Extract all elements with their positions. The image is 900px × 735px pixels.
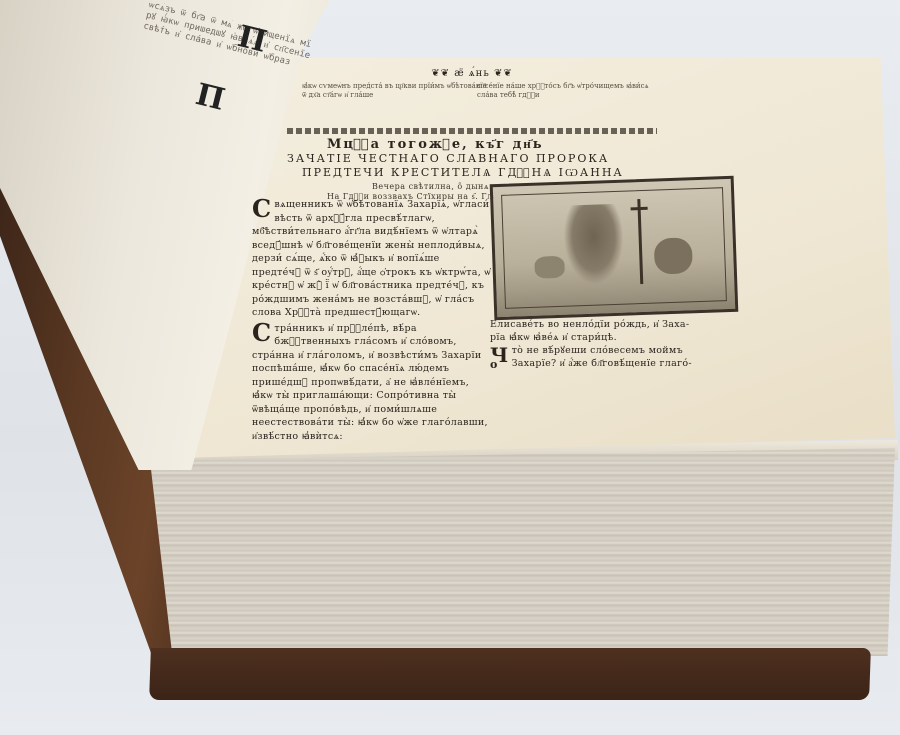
feast-date-heading: Мцⷭ҇а тогожⷣе, къ҃г дн҃ь	[327, 136, 544, 152]
header-column-left: ꙗ҆́кѡ сѵмеѡ́нъ пред̾ста́ въ цр҃кви прїи́…	[302, 82, 487, 124]
book-cover-bottom-board	[149, 648, 871, 700]
woodcut-frame	[501, 187, 727, 309]
paragraph: тра́нникъ и҆ прⷪ҇ле́пѣ, вѣ́ра бжⷭ҇твенны…	[252, 323, 488, 442]
drop-cap: С	[252, 198, 271, 220]
text-line: рїа ꙗ҆́кѡ ꙗ҆ве́ѧ и҆ стари́цѣ.	[490, 331, 730, 344]
ornamental-rule	[287, 128, 657, 134]
lamb	[534, 256, 565, 279]
lion	[654, 237, 693, 274]
saint-figure	[562, 204, 625, 286]
feast-title-line2: ПРЕДТЕЧИ КРЕСТИТЕЛѦ ГДⷭ҇НѦ ІѠАННА	[302, 166, 624, 179]
woodcut-illustration	[490, 176, 739, 320]
text-column-right: Елисаве́ть во ненло́дїи ро́ждь, и҆ Заха-…	[490, 318, 730, 370]
feast-title-line1: ЗАЧАТІЕ ЧЕСТНАГО СЛАВНАГО ПРОРОКА	[287, 152, 609, 165]
cross-staff	[637, 199, 643, 284]
rubric-line: Вечера свѣтилна, о̑ дынѧ.	[372, 182, 492, 191]
text-line: то̀ не вѣ́рꙋеши сло́весемъ моймъ	[512, 345, 683, 356]
header-ornament: ❦❦ ӕ̈ ѧ́нь ❦❦	[302, 68, 642, 79]
header-column-right: сп҃се́нїе на́ше хрⷭ҇то́съ бг҃ъ ѡ̓тро́чищ…	[477, 82, 662, 124]
drop-cap: С	[252, 322, 271, 344]
text-column-left: С вѧщенникъ ѿ ѡ̓бѣтованїѧ Захарїѧ, ѡ̓гла…	[252, 198, 492, 443]
text-line: Захарїе? и҆ а҆́же бл҃говѣ́щенїе глаго́-	[490, 357, 730, 370]
page-marker: о	[490, 358, 497, 371]
page-content: ❦❦ ӕ̈ ѧ́нь ❦❦ ꙗ҆́кѡ сѵмеѡ́нъ пред̾ста́ в…	[232, 68, 732, 398]
paragraph: вѧщенникъ ѿ ѡ̓бѣтованїѧ Захарїѧ, ѡ̓гласи…	[252, 199, 491, 318]
page-block-fore-edge	[150, 448, 895, 656]
text-line: Елисаве́ть во ненло́дїи ро́ждь, и҆ Заха-	[490, 318, 730, 331]
